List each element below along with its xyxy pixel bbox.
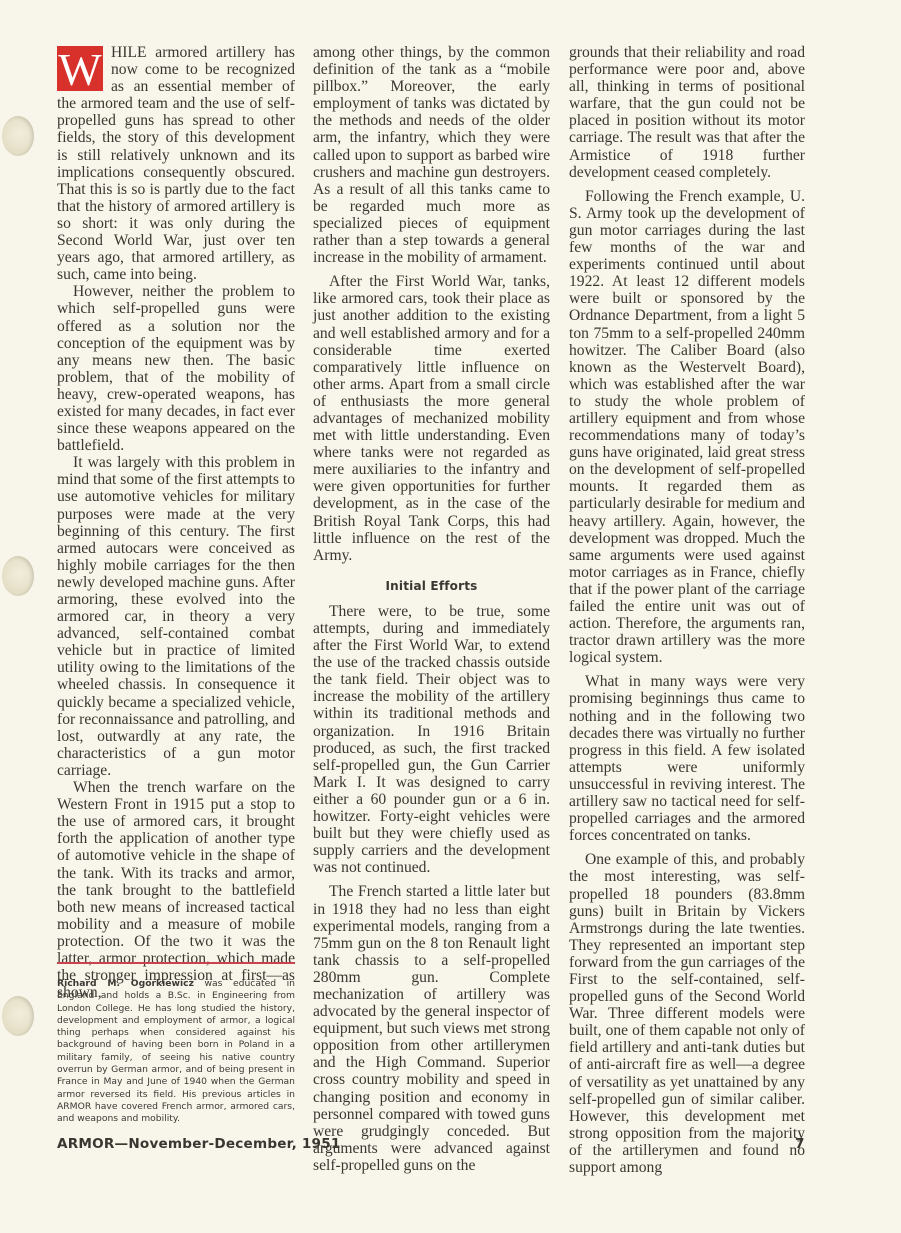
paragraph: What in many ways were very promising be… — [569, 673, 805, 844]
paragraph: The French started a little later but in… — [313, 883, 550, 1174]
paragraph: After the First World War, tanks, like a… — [313, 273, 550, 564]
paragraph: grounds that their reliability and road … — [569, 44, 805, 181]
paragraph: When the trench warfare on the Western F… — [57, 779, 295, 1001]
author-name: Richard M. Ogorkiewicz — [57, 978, 194, 989]
column-3: grounds that their reliability and road … — [569, 44, 805, 1176]
drop-cap: W — [57, 46, 103, 91]
column-1: WHILE armored artillery has now come to … — [57, 44, 295, 1001]
publication-footer: ARMOR—November-December, 1951 — [57, 1136, 341, 1152]
paragraph: among other things, by the common defini… — [313, 44, 550, 266]
lead-paragraph: WHILE armored artillery has now come to … — [57, 44, 295, 283]
paragraph: However, neither the problem to which se… — [57, 283, 295, 454]
bio-text: was educated in England and holds a B.Sc… — [57, 978, 295, 1124]
paragraph: Following the French example, U. S. Army… — [569, 188, 805, 667]
author-bio: Richard M. Ogorkiewicz was educated in E… — [57, 978, 295, 1126]
paragraph: There were, to be true, some attempts, d… — [313, 603, 550, 877]
binder-hole-middle — [2, 556, 34, 596]
binder-hole-bottom — [2, 996, 34, 1036]
paragraph: It was largely with this problem in mind… — [57, 454, 295, 779]
paragraph: One example of this, and probably the mo… — [569, 851, 805, 1176]
column-2: among other things, by the common defini… — [313, 44, 550, 1174]
page-number: 7 — [795, 1136, 804, 1152]
binder-hole-top — [2, 116, 34, 156]
bio-divider — [57, 962, 295, 964]
section-heading: Initial Efforts — [313, 578, 550, 595]
